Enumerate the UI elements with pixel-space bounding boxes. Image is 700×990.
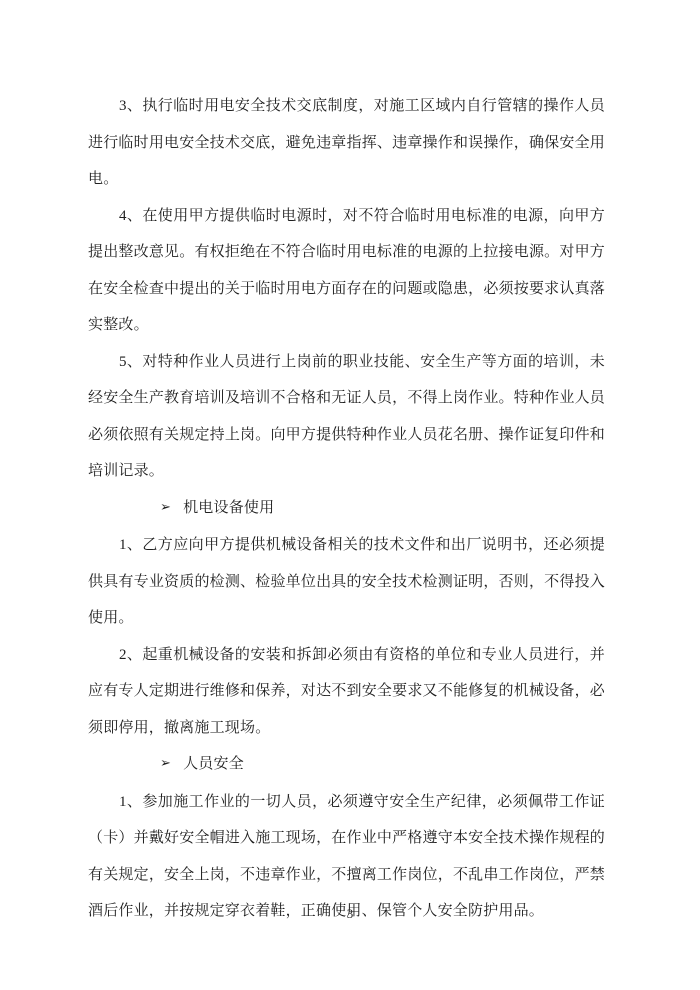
paragraph-temporary-power-disclosure: 3、执行临时用电安全技术交底制度，对施工区域内自行管辖的操作人员进行临时用电安全… <box>88 88 605 198</box>
paragraph-special-operations-training: 5、对特种作业人员进行上岗前的职业技能、安全生产等方面的培训，未经安全生产教育培… <box>88 344 605 490</box>
document-body: 3、执行临时用电安全技术交底制度，对施工区域内自行管辖的操作人员进行临时用电安全… <box>88 88 605 930</box>
arrowhead-bullet-icon: ➢ <box>160 746 171 783</box>
document-page: 3、执行临时用电安全技术交底制度，对施工区域内自行管辖的操作人员进行临时用电安全… <box>0 0 700 990</box>
section-heading-equipment-use: ➢机电设备使用 <box>88 490 605 528</box>
paragraph-lifting-machinery: 2、起重机械设备的安装和拆卸必须由有资格的单位和专业人员进行，并应有专人定期进行… <box>88 637 605 747</box>
section-heading-personnel-safety: ➢人员安全 <box>88 746 605 784</box>
arrowhead-bullet-icon: ➢ <box>160 490 171 527</box>
section-heading-label: 人员安全 <box>183 756 244 772</box>
section-heading-label: 机电设备使用 <box>183 500 274 516</box>
page-number: 3 <box>0 906 700 922</box>
paragraph-power-source-rectification: 4、在使用甲方提供临时电源时，对不符合临时用电标准的电源，向甲方提出整改意见。有… <box>88 198 605 344</box>
paragraph-equipment-documents: 1、乙方应向甲方提供机械设备相关的技术文件和出厂说明书，还必须提供具有专业资质的… <box>88 527 605 637</box>
